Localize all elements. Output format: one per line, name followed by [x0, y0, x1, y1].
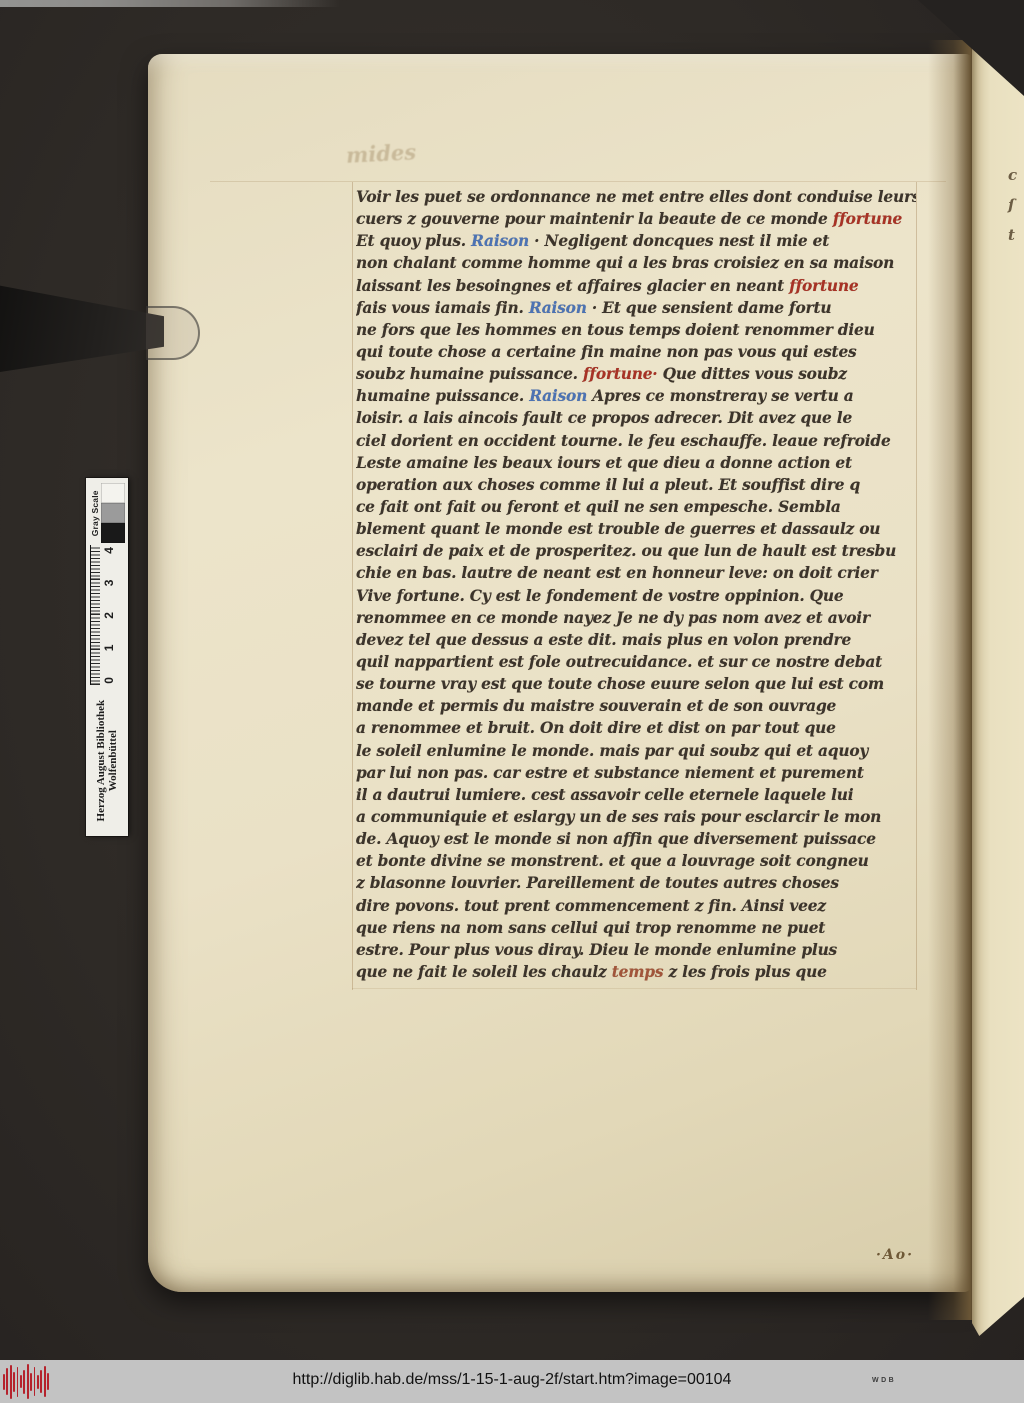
manuscript-line: quil nappartient est fole outrecuidance.… [356, 651, 916, 673]
wdb-label: WDB [872, 1377, 896, 1384]
manuscript-line: ciel dorient en occident tourne. le feu … [356, 430, 916, 452]
gray-scale-label: Gray Scale [90, 490, 100, 536]
manuscript-line: mande et permis du maistre souverain et … [356, 695, 916, 717]
institution-line1: Herzog August Bibliothek [95, 689, 108, 832]
quire-mark: ·Ao· [876, 1247, 914, 1263]
ruling-line-left [352, 182, 353, 990]
manuscript-line: a communiquie et eslargy un de ses rais … [356, 806, 916, 828]
manuscript-line: soubz humaine puissance. ffortune· Que d… [356, 363, 916, 385]
manuscript-line: se tourne vray est que toute chose euure… [356, 673, 916, 695]
manuscript-line: il a dautrui lumiere. cest assavoir cell… [356, 784, 916, 806]
manuscript-line: laissant les besoingnes et affaires glac… [356, 275, 916, 297]
manuscript-line: dire povons. tout prent commencement z f… [356, 895, 916, 917]
manuscript-line: humaine puissance. Raison Apres ce monst… [356, 385, 916, 407]
manuscript-line: blement quant le monde est trouble de gu… [356, 518, 916, 540]
manuscript-line: le soleil enlumine le monde. mais par qu… [356, 740, 916, 762]
scanner-cradle-edge [0, 0, 345, 7]
manuscript-line: renommee en ce monde nayez Je ne dy pas … [356, 607, 916, 629]
manuscript-line: Et quoy plus. Raison · Negligent doncque… [356, 230, 916, 252]
ruler-numbers: 01234 [102, 545, 116, 685]
institution-label: Herzog August Bibliothek Wolfenbüttel [95, 689, 120, 832]
manuscript-line: z blasonne louvrier. Pareillement de tou… [356, 872, 916, 894]
ruling-line-right [916, 182, 917, 990]
ruling-line-top [210, 181, 946, 182]
manuscript-line: Leste amaine les beaux iours et que dieu… [356, 452, 916, 474]
text-block: Voir les puet se ordonnance ne met entre… [356, 186, 916, 983]
manuscript-line: par lui non pas. car estre et substance … [356, 762, 916, 784]
manuscript-line: et bonte divine se monstrent. et que a l… [356, 850, 916, 872]
institution-line2: Wolfenbüttel [107, 689, 120, 832]
manuscript-line: qui toute chose a certaine fin maine non… [356, 341, 916, 363]
manuscript-line: fais vous iamais fin. Raison · Et que se… [356, 297, 916, 319]
manuscript-line: estre. Pour plus vous diray. Dieu le mon… [356, 939, 916, 961]
manuscript-line: non chalant comme homme qui a les bras c… [356, 252, 916, 274]
facing-page-text-fragments: cſt [1008, 166, 1017, 244]
ruling-line-bottom [352, 988, 916, 989]
manuscript-line: ce fait ont fait ou feront et quil ne se… [356, 496, 916, 518]
page-clamp-tab [146, 306, 200, 360]
footer-bar: http://diglib.hab.de/mss/1-15-1-aug-2f/s… [0, 1360, 1024, 1403]
gray-scale-patches [101, 483, 125, 543]
manuscript-line: a renommee et bruit. On doit dire et dis… [356, 717, 916, 739]
manuscript-line: loisir. a lais aincois fault ce propos a… [356, 407, 916, 429]
manuscript-line: cuers z gouverne pour maintenir la beaut… [356, 208, 916, 230]
book-gutter [928, 40, 974, 1320]
grayscale-ruler-target: Herzog August Bibliothek Wolfenbüttel 01… [86, 478, 128, 836]
manuscript-line: Voir les puet se ordonnance ne met entre… [356, 186, 916, 208]
gray-scale-block: Gray Scale [90, 482, 125, 545]
manuscript-line: chie en bas. lautre de neant est en honn… [356, 562, 916, 584]
manuscript-line: ne fors que les hommes en tous temps doi… [356, 319, 916, 341]
manuscript-line: operation aux choses comme il lui a pleu… [356, 474, 916, 496]
page-clamp-arm [0, 282, 164, 372]
manuscript-scan: cſt mides Voir les puet se ordonnance ne… [0, 0, 1024, 1403]
source-url: http://diglib.hab.de/mss/1-15-1-aug-2f/s… [0, 1371, 1024, 1389]
ruler-ticks [90, 545, 100, 685]
faint-offset-inscription: mides [345, 139, 416, 168]
manuscript-line: Vive fortune. Cy est le fondement de vos… [356, 585, 916, 607]
manuscript-line: de. Aquoy est le monde si non affin que … [356, 828, 916, 850]
manuscript-line: que ne fait le soleil les chaulz temps z… [356, 961, 916, 983]
manuscript-line: esclairi de paix et de prosperitez. ou q… [356, 540, 916, 562]
manuscript-line: devez tel que dessus a este dit. mais pl… [356, 629, 916, 651]
cm-ruler: 01234 [90, 549, 124, 686]
manuscript-line: que riens na nom sans cellui qui trop re… [356, 917, 916, 939]
